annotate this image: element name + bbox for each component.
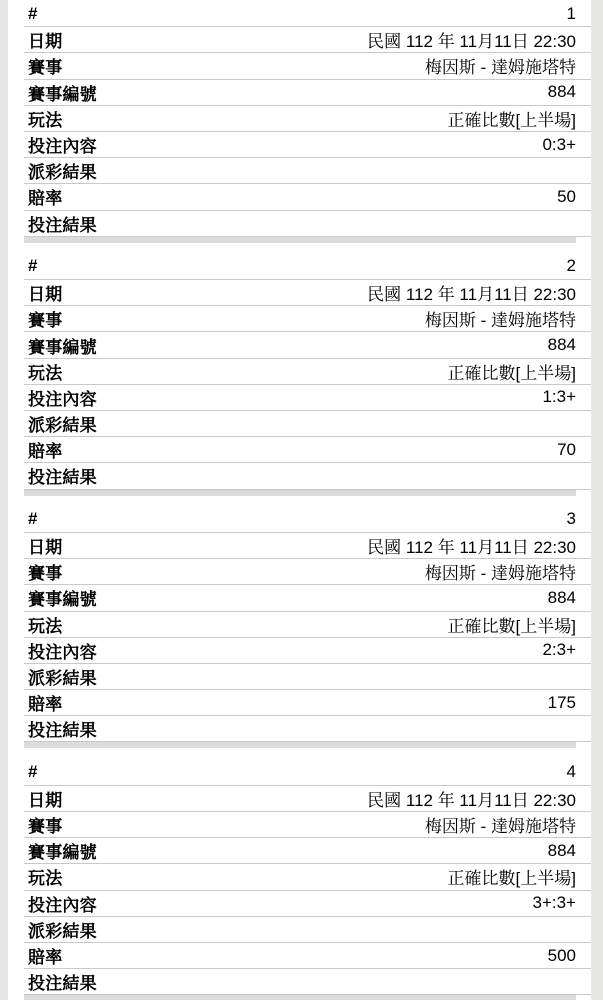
field-value-index: 2 [567,256,591,276]
field-row-bet_content: 投注內容3+:3+ [24,891,591,917]
field-value-bet_content: 2:3+ [542,640,591,660]
field-label-odds: 賠率 [24,943,62,968]
field-value-date: 民國 112 年 11月11日 22:30 [367,533,591,558]
field-label-event: 賽事 [24,53,62,78]
field-label-index: # [24,4,38,24]
field-label-date: 日期 [24,786,62,811]
record-block: #4日期民國 112 年 11月11日 22:30賽事梅因斯 - 達姆施塔特賽事… [8,760,591,1000]
field-value-event: 梅因斯 - 達姆施塔特 [425,306,591,331]
record-block: #2日期民國 112 年 11月11日 22:30賽事梅因斯 - 達姆施塔特賽事… [8,254,591,496]
field-row-date: 日期民國 112 年 11月11日 22:30 [24,786,591,812]
field-value-event: 梅因斯 - 達姆施塔特 [425,53,591,78]
field-label-bet_result: 投注結果 [24,211,97,236]
field-label-date: 日期 [24,27,62,52]
field-value-index: 4 [567,762,591,782]
field-row-bet_content: 投注內容2:3+ [24,638,591,664]
field-row-event: 賽事梅因斯 - 達姆施塔特 [24,559,591,585]
field-label-bet_content: 投注內容 [24,891,97,916]
field-row-odds: 賠率70 [24,437,591,463]
field-value-bet_content: 1:3+ [542,387,591,407]
field-value-odds: 500 [548,946,591,966]
field-label-play_type: 玩法 [24,106,62,131]
field-label-event_id: 賽事編號 [24,333,97,358]
block-divider [24,490,576,496]
field-row-event: 賽事梅因斯 - 達姆施塔特 [24,812,591,838]
field-value-event_id: 884 [548,588,591,608]
field-row-bet_result: 投注結果 [24,716,591,742]
field-value-play_type: 正確比數[上半場] [448,864,591,889]
field-value-date: 民國 112 年 11月11日 22:30 [367,786,591,811]
field-label-odds: 賠率 [24,437,62,462]
field-label-play_type: 玩法 [24,612,62,637]
field-row-bet_content: 投注內容0:3+ [24,132,591,158]
field-label-bet_result: 投注結果 [24,463,97,488]
field-label-index: # [24,256,38,276]
field-label-odds: 賠率 [24,690,62,715]
field-row-date: 日期民國 112 年 11月11日 22:30 [24,27,591,53]
field-value-play_type: 正確比數[上半場] [448,612,591,637]
field-row-index: #1 [24,1,591,27]
record-block: #1日期民國 112 年 11月11日 22:30賽事梅因斯 - 達姆施塔特賽事… [8,1,591,243]
block-divider [24,995,576,1000]
field-label-play_type: 玩法 [24,359,62,384]
field-row-play_type: 玩法正確比數[上半場] [24,106,591,132]
field-row-play_type: 玩法正確比數[上半場] [24,612,591,638]
field-row-date: 日期民國 112 年 11月11日 22:30 [24,533,591,559]
block-divider [24,742,576,748]
field-label-event: 賽事 [24,812,62,837]
field-row-index: #3 [24,507,591,533]
field-value-event_id: 884 [548,82,591,102]
field-label-index: # [24,509,38,529]
field-value-event_id: 884 [548,841,591,861]
field-value-play_type: 正確比數[上半場] [448,106,591,131]
field-row-play_type: 玩法正確比數[上半場] [24,864,591,890]
betting-history-page: #1日期民國 112 年 11月11日 22:30賽事梅因斯 - 達姆施塔特賽事… [0,0,603,1000]
field-row-event_id: 賽事編號884 [24,332,591,358]
field-value-event: 梅因斯 - 達姆施塔特 [425,559,591,584]
field-row-event_id: 賽事編號884 [24,80,591,106]
field-row-index: #2 [24,254,591,280]
field-value-play_type: 正確比數[上半場] [448,359,591,384]
field-row-bet_content: 投注內容1:3+ [24,385,591,411]
field-value-odds: 70 [557,440,591,460]
field-row-index: #4 [24,760,591,786]
field-row-event: 賽事梅因斯 - 達姆施塔特 [24,306,591,332]
field-value-odds: 175 [548,693,591,713]
field-row-payout_result: 派彩結果 [24,664,591,690]
field-value-date: 民國 112 年 11月11日 22:30 [367,280,591,305]
field-label-bet_content: 投注內容 [24,132,97,157]
field-value-odds: 50 [557,187,591,207]
field-label-event_id: 賽事編號 [24,838,97,863]
field-value-event_id: 884 [548,335,591,355]
field-row-bet_result: 投注結果 [24,463,591,489]
field-label-odds: 賠率 [24,184,62,209]
field-row-event: 賽事梅因斯 - 達姆施塔特 [24,53,591,79]
field-label-event_id: 賽事編號 [24,585,97,610]
field-label-bet_content: 投注內容 [24,385,97,410]
field-label-payout_result: 派彩結果 [24,158,97,183]
field-row-event_id: 賽事編號884 [24,585,591,611]
record-block: #3日期民國 112 年 11月11日 22:30賽事梅因斯 - 達姆施塔特賽事… [8,507,591,749]
field-label-event_id: 賽事編號 [24,80,97,105]
field-row-bet_result: 投注結果 [24,969,591,995]
field-label-payout_result: 派彩結果 [24,664,97,689]
field-label-bet_result: 投注結果 [24,969,97,994]
field-label-play_type: 玩法 [24,864,62,889]
field-label-payout_result: 派彩結果 [24,411,97,436]
field-label-bet_result: 投注結果 [24,716,97,741]
field-row-odds: 賠率500 [24,943,591,969]
field-value-index: 3 [567,509,591,529]
field-label-date: 日期 [24,533,62,558]
field-value-bet_content: 3+:3+ [533,893,592,913]
field-label-payout_result: 派彩結果 [24,917,97,942]
field-label-date: 日期 [24,280,62,305]
field-row-odds: 賠率50 [24,184,591,210]
field-row-payout_result: 派彩結果 [24,917,591,943]
field-row-date: 日期民國 112 年 11月11日 22:30 [24,280,591,306]
field-row-odds: 賠率175 [24,690,591,716]
field-label-event: 賽事 [24,306,62,331]
field-row-bet_result: 投注結果 [24,211,591,237]
field-value-index: 1 [567,4,591,24]
field-row-event_id: 賽事編號884 [24,838,591,864]
field-row-payout_result: 派彩結果 [24,411,591,437]
records-list: #1日期民國 112 年 11月11日 22:30賽事梅因斯 - 達姆施塔特賽事… [8,0,591,1000]
block-divider [24,237,576,243]
field-value-date: 民國 112 年 11月11日 22:30 [367,27,591,52]
field-value-event: 梅因斯 - 達姆施塔特 [425,812,591,837]
field-label-index: # [24,762,38,782]
field-value-bet_content: 0:3+ [542,135,591,155]
field-row-payout_result: 派彩結果 [24,158,591,184]
field-label-bet_content: 投注內容 [24,638,97,663]
field-row-play_type: 玩法正確比數[上半場] [24,359,591,385]
field-label-event: 賽事 [24,559,62,584]
